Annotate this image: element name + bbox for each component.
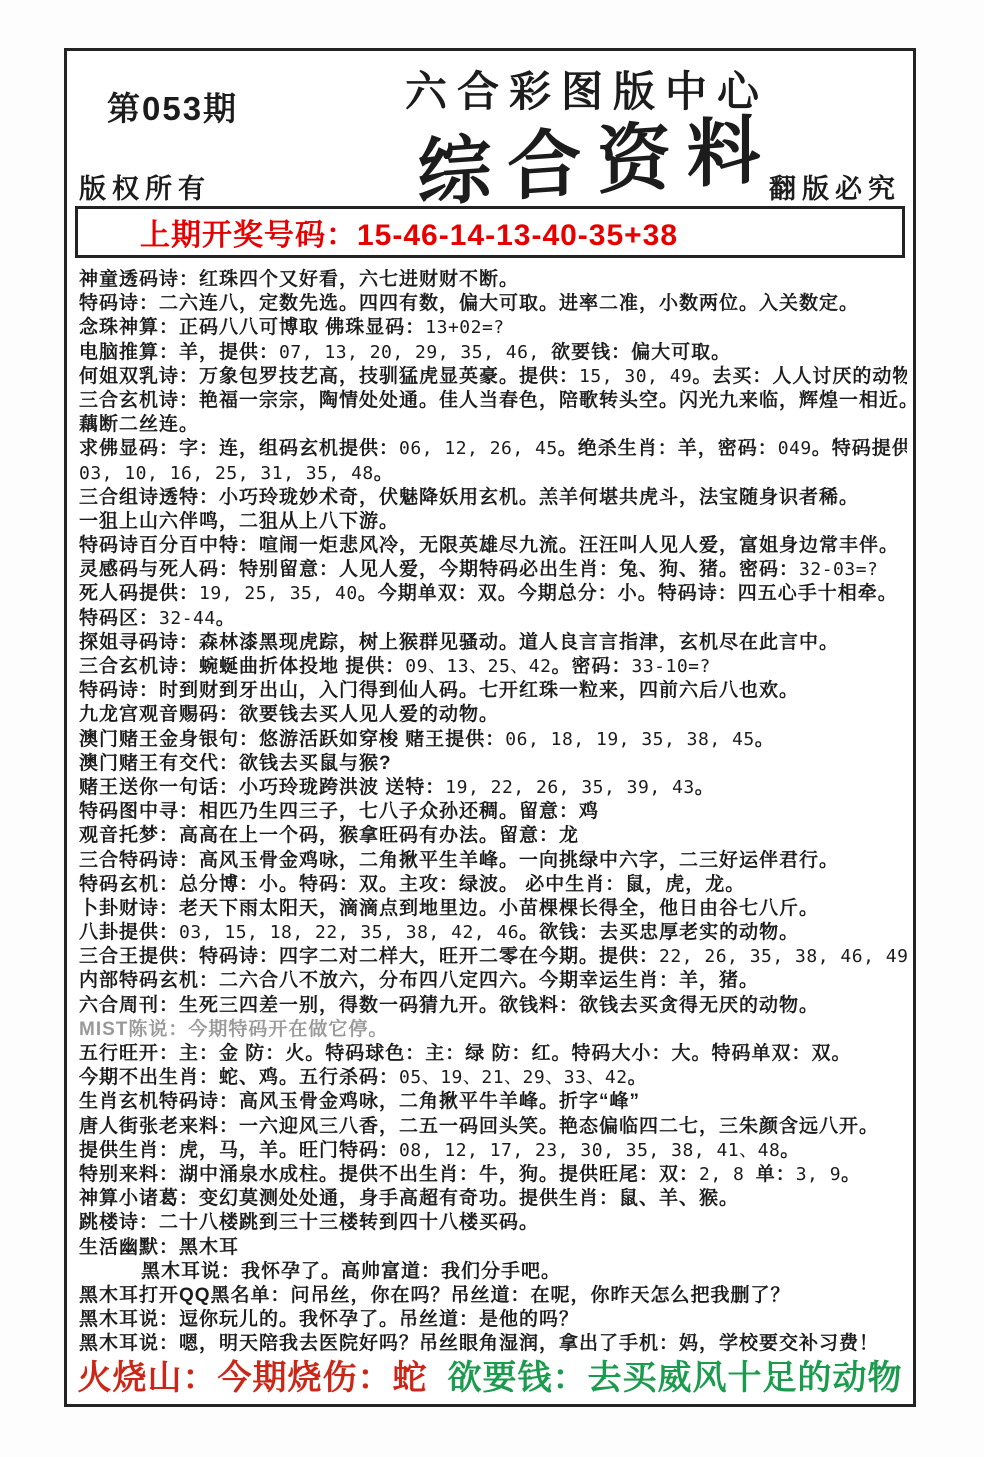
info-line: 黑木耳说：我怀孕了。高帅富道：我们分手吧。 [79, 1260, 907, 1284]
info-line: 三合特码诗：高风玉骨金鸡咏，二角揪平生羊峰。一向挑绿中六字，二三好运伴君行。 [79, 849, 907, 873]
info-line: 灵感码与死人码：特别留意：人见人爱，今期特码必出生肖：兔、狗、猪。密码：32-0… [79, 558, 907, 582]
number-run: 06, 18, 19, 35, 38, 45 [505, 729, 754, 750]
number-run: 19, 25, 35, 40 [199, 583, 358, 604]
info-line: 观音托梦：高高在上一个码，猴拿旺码有办法。留意：龙 [79, 824, 907, 848]
info-line: 藕断二丝连。 [79, 413, 907, 437]
info-line: 探姐寻码诗：森林漆黑现虎踪，树上猴群见骚动。道人良言言指津，玄机尽在此言中。 [79, 631, 907, 655]
info-line: 生肖玄机特码诗：高风玉骨金鸡咏，二角揪平牛羊峰。折字“峰” [79, 1090, 907, 1114]
info-line: 神算小诸葛：变幻莫测处处通，身手高超有奇功。提供生肖：鼠、羊、猴。 [79, 1187, 907, 1211]
number-run: 08, 12, 17, 23, 30, 35, 38, 41、48 [399, 1140, 780, 1161]
info-line: 特码区：32-44。 [79, 607, 907, 631]
issue-number: 第053期 [107, 83, 238, 130]
info-line: 六合周刊：生死三四差一别，得数一码猜九开。欲钱料：欲钱去买贪得无厌的动物。 [79, 994, 907, 1018]
number-run: 22, 26, 35, 38, 46, 49 [659, 946, 907, 967]
info-line: 求佛显码：字：连，组码玄机提供：06, 12, 26, 45。绝杀生肖：羊，密码… [79, 437, 907, 461]
last-draw-numbers: 15-46-14-13-40-35+38 [357, 219, 678, 252]
number-run: 06, 12, 26, 45 [399, 438, 558, 459]
info-line: 特别来料：湖中涌泉水成柱。提供不出生肖：牛，狗。提供旺尾：双：2, 8 单：3,… [79, 1163, 907, 1187]
info-line: 今期不出生肖：蛇、鸡。五行杀码：05、19、21、29、33、42。 [79, 1066, 907, 1090]
copyright-note: 版权所有 [79, 167, 211, 206]
number-run: 2, 8 [699, 1164, 756, 1185]
number-run: 32-44 [159, 608, 216, 629]
bottom-banner: 火烧山：今期烧伤：蛇 欲要钱：去买威风十足的动物 [67, 1350, 913, 1399]
info-line: 死人码提供：19, 25, 35, 40。今期单双：双。今期总分：小。特码诗：四… [79, 582, 907, 606]
info-line: 澳门赌王有交代：欲钱去买鼠与猴? [79, 752, 907, 776]
info-line: 念珠神算：正码八八可博取 佛珠显码：13+02=? [79, 316, 907, 340]
info-line: 八卦提供：03, 15, 18, 22, 35, 38, 42, 46。欲钱：去… [79, 921, 907, 945]
banner-green-text: 欲要钱：去买威风十足的动物 [448, 1350, 903, 1399]
last-draw-box: 上期开奖号码：15-46-14-13-40-35+38 [75, 206, 905, 258]
info-line: 五行旺开：主：金 防：火。特码球色：主：绿 防：红。特码大小：大。特码单双：双。 [79, 1042, 907, 1066]
info-line: 黑木耳说：逗你玩儿的。我怀孕了。吊丝道：是他的吗？ [79, 1308, 907, 1332]
info-line: 生活幽默：黑木耳 [79, 1236, 907, 1260]
info-line: 卜卦财诗：老天下雨太阳天，滴滴点到地里边。小苗棵棵长得全，他日由谷七八斤。 [79, 897, 907, 921]
info-line: 何姐双乳诗：万象包罗技艺高，技驯猛虎显英豪。提供：15, 30, 49。去买：人… [79, 365, 907, 389]
info-line: 三合玄机诗：蜿蜒曲折体投地 提供：09、13、25、42。密码：33-10=? [79, 655, 907, 679]
number-run: 03, 10, 16, 25, 31, 35, 48 [79, 463, 374, 484]
number-run: 07, 13, 20, 29, 35, 46, [279, 342, 551, 363]
last-draw-text: 上期开奖号码：15-46-14-13-40-35+38 [140, 210, 678, 254]
number-run: 15, 30, 49 [579, 366, 692, 387]
anti-piracy-note: 翻版必究 [769, 167, 901, 206]
info-line: 神童透码诗：红珠四个又好看，六七进财财不断。 [79, 268, 907, 292]
info-line: 九龙宫观音赐码：欲要钱去买人见人爱的动物。 [79, 703, 907, 727]
number-run: 03, 15, 18, 22, 35, 38, 42, 46 [179, 922, 519, 943]
info-line: 三合组诗透特：小巧玲珑妙术奇，伏魅降妖用玄机。羔羊何堪共虎斗，法宝随身识者稀。 [79, 486, 907, 510]
info-line: 跳楼诗：二十八楼跳到三十三楼转到四十八楼买码。 [79, 1211, 907, 1235]
info-line: 特码诗百分百中特：喧闹一炬悲风冷，无限英雄尽九流。汪汪叫人见人爱，富姐身边常丰伴… [79, 534, 907, 558]
info-line: 内部特码玄机：二六合八不放六，分布四八定四六。今期幸运生肖：羊，猪。 [79, 969, 907, 993]
number-run: 33-10=? [632, 656, 711, 677]
number-run: 32-03=? [799, 559, 878, 580]
number-run: 05、19、21、29、33、42 [399, 1067, 628, 1088]
info-line: 一狙上山六伴鸣，二狙从上八下游。 [79, 510, 907, 534]
number-run: 09、13、25、42 [405, 656, 551, 677]
last-draw-label: 上期开奖号码： [140, 219, 357, 252]
body-lines: 神童透码诗：红珠四个又好看，六七进财财不断。特码诗：二六连八，定数先选。四四有数… [79, 268, 907, 1356]
info-line: 特码玄机：总分博：小。特码：双。主攻：绿波。 必中生肖：鼠，虎，龙。 [79, 873, 907, 897]
info-line: 提供生肖：虎，马，羊。旺门特码：08, 12, 17, 23, 30, 35, … [79, 1139, 907, 1163]
info-line: 特码诗：二六连八，定数先选。四四有数，偏大可取。进率二准，小数两位。入关数定。 [79, 292, 907, 316]
info-line: 特码诗：时到财到牙出山，入门得到仙人码。七开红珠一粒来，四前六后八也欢。 [79, 679, 907, 703]
info-line: MIST陈说：今期特码开在做它停。 [79, 1018, 907, 1042]
info-line: 03, 10, 16, 25, 31, 35, 48。 [79, 462, 907, 486]
info-line: 电脑推算：羊，提供：07, 13, 20, 29, 35, 46, 欲要钱：偏大… [79, 341, 907, 365]
number-run: 3, 9 [796, 1164, 841, 1185]
info-line: 三合王提供：特码诗：四字二对二样大，旺开二零在今期。提供：22, 26, 35,… [79, 945, 907, 969]
lottery-sheet-frame: 第053期 六合彩图版中心 综合资料 版权所有 翻版必究 上期开奖号码：15-4… [64, 48, 916, 1407]
number-run: 19, 22, 26, 35, 39, 43 [445, 777, 694, 798]
info-line: 特码图中寻：相匹乃生四三子，七八子众孙还稠。留意：鸡 [79, 800, 907, 824]
number-run: 13+02=? [425, 317, 504, 338]
info-line: 唐人街张老来料：一六迎风三八香，二五一码回头笑。艳态偏临四二七，三朱颜含远八开。 [79, 1115, 907, 1139]
info-line: 澳门赌王金身银句：悠游活跃如穿梭 赌王提供：06, 18, 19, 35, 38… [79, 728, 907, 752]
info-line: 赌王送你一句话：小巧玲珑跨洪波 送特：19, 22, 26, 35, 39, 4… [79, 776, 907, 800]
banner-red-text: 火烧山：今期烧伤：蛇 [78, 1350, 428, 1399]
info-line: 黑木耳打开QQ黑名单：问吊丝，你在吗？吊丝道：在呢，你昨天怎么把我删了？ [79, 1284, 907, 1308]
info-line: 三合玄机诗：艳福一宗宗，陶情处处通。佳人当春色，陪歌转头空。闪光九来临，辉煌一相… [79, 389, 907, 413]
number-run: 049 [778, 438, 812, 459]
